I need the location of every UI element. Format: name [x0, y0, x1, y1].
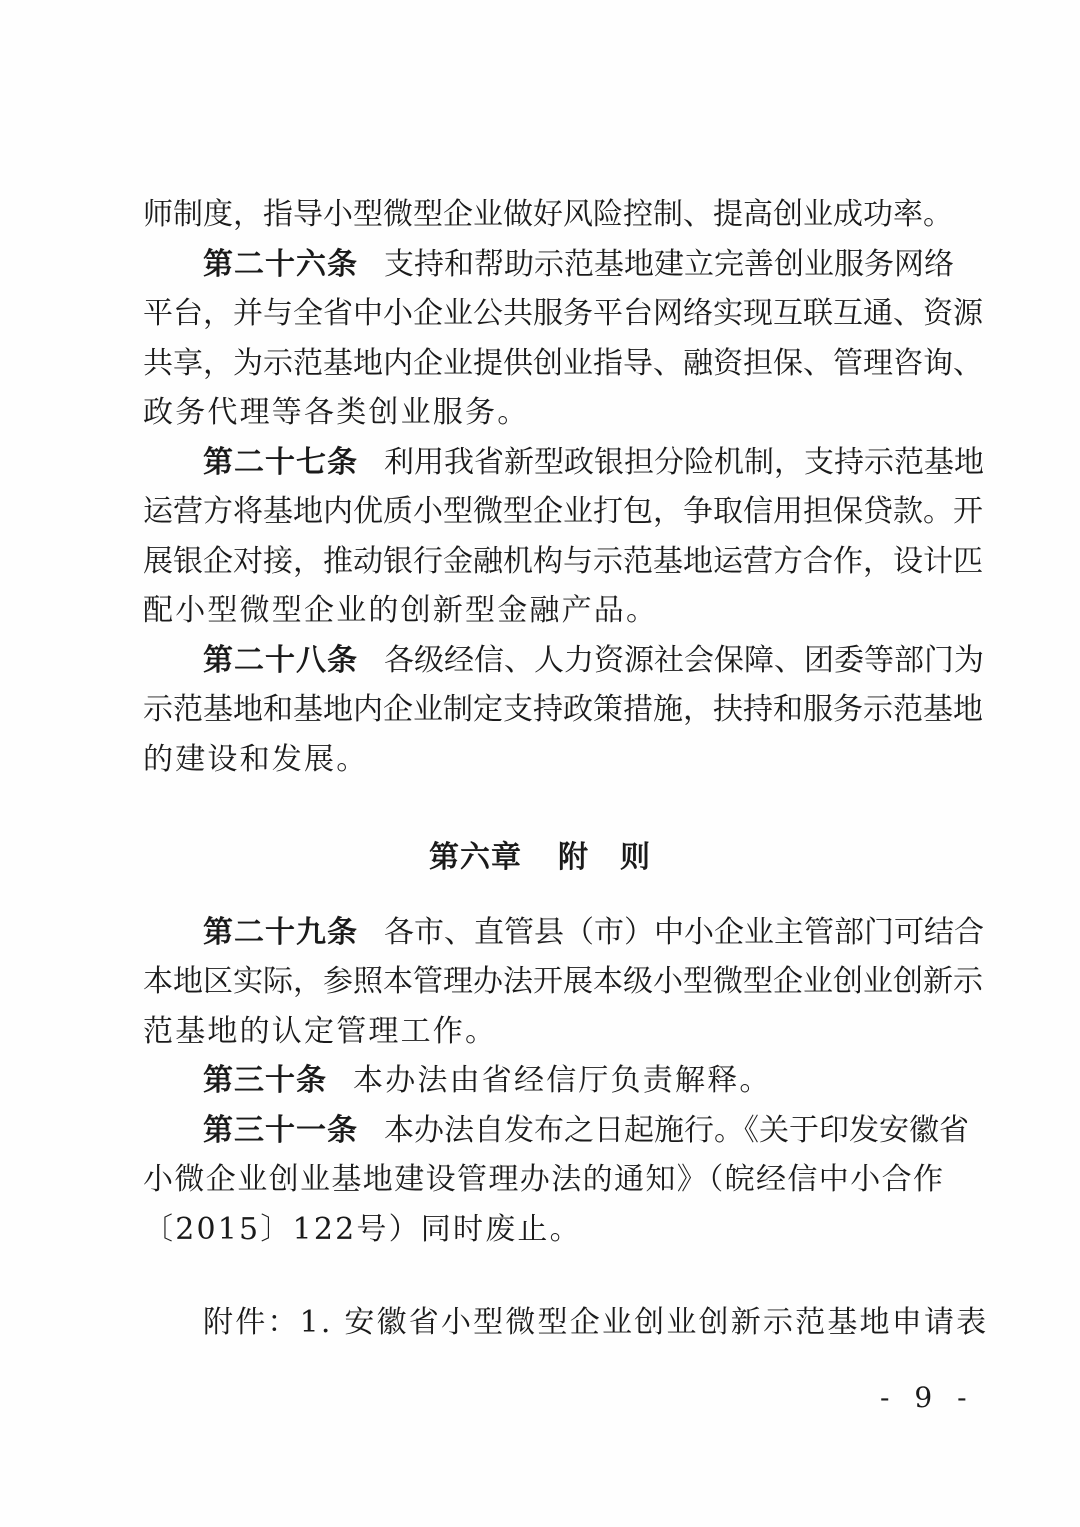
article-28-text: 各级经信、人力资源社会保障、团委等部门为	[384, 643, 984, 678]
chapter-title: 附 则	[558, 840, 651, 875]
article-27-first-line: 第二十七条利用我省新型政银担分险机制，支持示范基地	[203, 443, 943, 483]
article-26-first-line: 第二十六条支持和帮助示范基地建立完善创业服务网络	[203, 245, 943, 285]
paragraph-line: 的建设和发展。	[143, 740, 943, 780]
page-number: - 9 -	[880, 1380, 975, 1416]
paragraph-line: 共享，为示范基地内企业提供创业指导、融资担保、管理咨询、	[143, 344, 943, 384]
article-31-first-line: 第三十一条本办法自发布之日起施行。《关于印发安徽省	[203, 1111, 943, 1151]
article-26-label: 第二十六条	[203, 247, 358, 282]
article-27-label: 第二十七条	[203, 445, 358, 480]
paragraph-line: 小微企业创业基地建设管理办法的通知》（皖经信中小合作	[143, 1160, 943, 1200]
article-28-first-line: 第二十八条各级经信、人力资源社会保障、团委等部门为	[203, 641, 943, 681]
article-30-text: 本办法由省经信厅负责解释。	[353, 1063, 772, 1098]
paragraph-line: 示范基地和基地内企业制定支持政策措施，扶持和服务示范基地	[143, 690, 943, 730]
chapter-heading: 第六章附 则	[0, 838, 1080, 878]
paragraph-line: 平台，并与全省中小企业公共服务平台网络实现互联互通、资源	[143, 294, 943, 334]
article-30-label: 第三十条	[203, 1063, 327, 1098]
article-29-first-line: 第二十九条各市、直管县（市）中小企业主管部门可结合	[203, 913, 943, 953]
article-29-text: 各市、直管县（市）中小企业主管部门可结合	[384, 915, 984, 950]
paragraph-line: 师制度，指导小型微型企业做好风险控制、提高创业成功率。	[143, 195, 943, 235]
document-page: 师制度，指导小型微型企业做好风险控制、提高创业成功率。 第二十六条支持和帮助示范…	[0, 0, 1080, 1527]
article-31-text: 本办法自发布之日起施行。《关于印发安徽省	[384, 1113, 969, 1148]
article-30-first-line: 第三十条本办法由省经信厅负责解释。	[203, 1061, 943, 1101]
paragraph-line: 运营方将基地内优质小型微型企业打包，争取信用担保贷款。开	[143, 492, 943, 532]
paragraph-line: 范基地的认定管理工作。	[143, 1012, 943, 1052]
article-28-label: 第二十八条	[203, 643, 358, 678]
article-29-label: 第二十九条	[203, 915, 358, 950]
paragraph-line: 政务代理等各类创业服务。	[143, 393, 943, 433]
attachment-line: 附件：1. 安徽省小型微型企业创业创新示范基地申请表	[203, 1303, 923, 1343]
chapter-number: 第六章	[429, 840, 522, 875]
paragraph-line: 展银企对接，推动银行金融机构与示范基地运营方合作，设计匹	[143, 542, 943, 582]
article-31-label: 第三十一条	[203, 1113, 358, 1148]
paragraph-line: 配小型微型企业的创新型金融产品。	[143, 591, 943, 631]
paragraph-line: 本地区实际，参照本管理办法开展本级小型微型企业创业创新示	[143, 962, 943, 1002]
article-27-text: 利用我省新型政银担分险机制，支持示范基地	[384, 445, 984, 480]
paragraph-line: 〔2015〕122号）同时废止。	[143, 1210, 943, 1250]
article-26-text: 支持和帮助示范基地建立完善创业服务网络	[384, 247, 954, 282]
